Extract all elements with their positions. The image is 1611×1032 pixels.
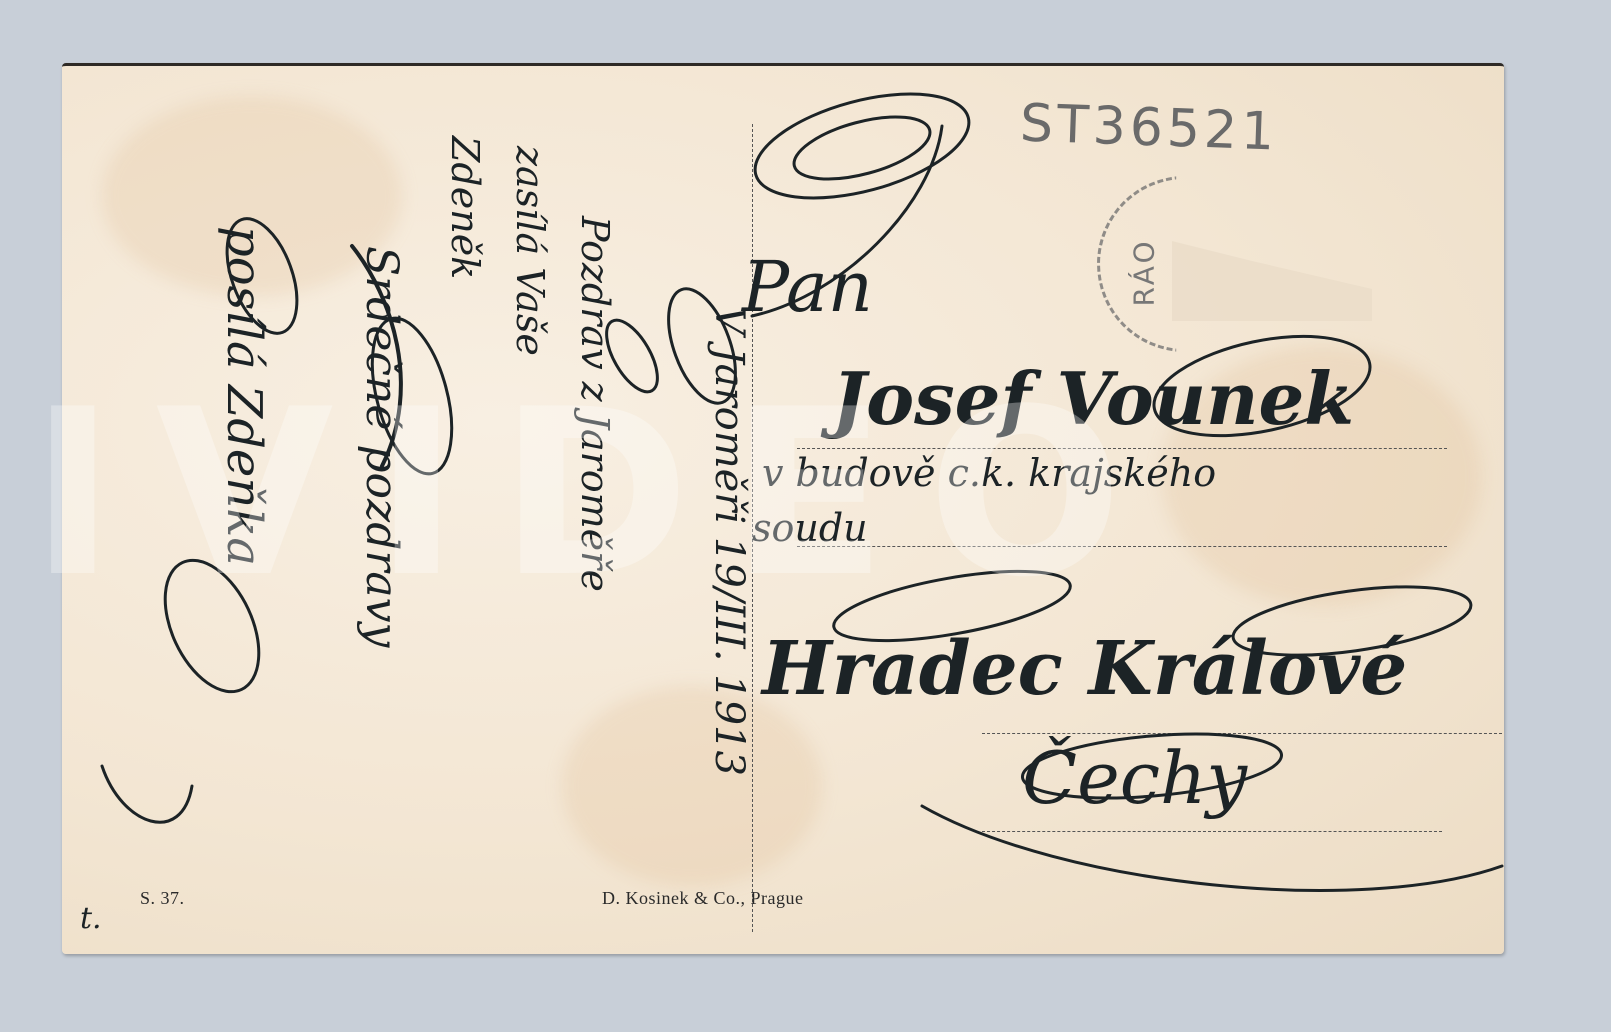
series-number: S. 37. (140, 888, 185, 909)
stamp-tear-mark (1172, 241, 1372, 321)
salutation: Pan (742, 246, 873, 328)
address-line-4 (982, 831, 1442, 832)
address-line-court: soudu (752, 506, 868, 550)
inventory-code: ST36521 (1019, 94, 1279, 163)
message-line-5: posílá Zdeňka (216, 226, 272, 566)
address-country: Čechy (1022, 736, 1247, 820)
address-line-building: v budově c.k. krajského (762, 451, 1216, 495)
address-line-3 (982, 733, 1502, 734)
message-date: V Jaroměři 19/III. 1913 (706, 306, 752, 776)
postcard: RÁO ST36521 Pan Josef Vounek v budově c.… (62, 63, 1504, 954)
publisher-imprint: D. Kosinek & Co., Prague (602, 888, 803, 909)
message-line-3: Zdeněk (443, 136, 487, 279)
message-line-1: Pozdrav z Jaroměře (573, 216, 617, 592)
address-line-1 (797, 448, 1447, 449)
message-line-2: zasílá Vaše (508, 146, 552, 356)
message-line-4: Srdečné pozdravy (356, 246, 407, 647)
recipient-name: Josef Vounek (832, 356, 1354, 441)
address-city: Hradec Králové (762, 626, 1407, 712)
address-line-2 (797, 546, 1447, 547)
postmark-text: RÁO (1128, 238, 1161, 306)
age-stain (562, 686, 822, 886)
corner-mark: t. (80, 901, 102, 936)
